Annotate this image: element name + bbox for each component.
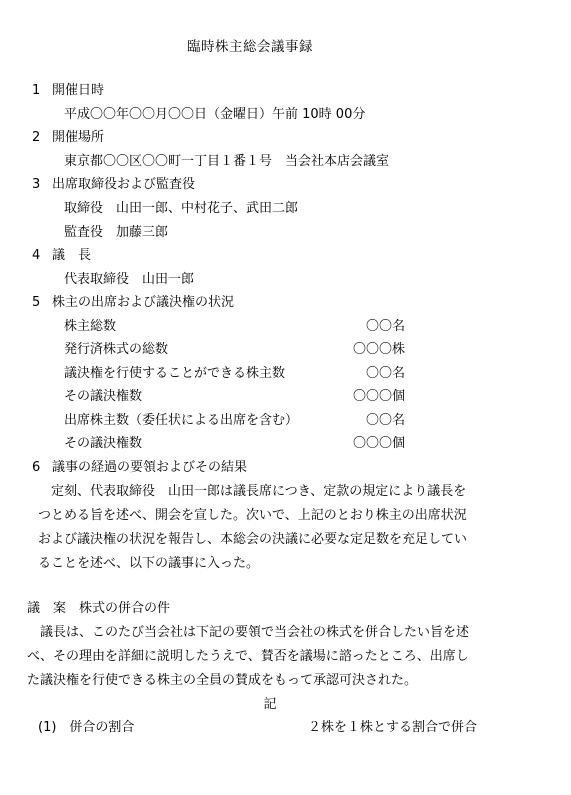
shareholder-stat-value: 〇〇〇個 <box>353 436 405 452</box>
section-5-number: 5 <box>32 295 40 311</box>
shareholder-stat-value: 〇〇名 <box>366 413 405 429</box>
section-3-heading: 出席取締役および監査役 <box>52 177 195 193</box>
section-5-heading: 株主の出席および議決権の状況 <box>52 295 234 311</box>
shareholder-stat-value: 〇〇名 <box>366 319 405 335</box>
shareholder-stat-label: 議決権を行使することができる株主数 <box>64 366 285 382</box>
shareholder-stat-label: 出席株主数（委任状による出席を含む） <box>64 413 298 429</box>
shareholder-stat-label: 発行済株式の総数 <box>64 342 168 358</box>
shareholder-stat-label: その議決権数 <box>64 389 142 405</box>
proposal-heading: 議 案 株式の併合の件 <box>27 601 170 617</box>
document-title: 臨時株主総会議事録 <box>0 39 500 55</box>
section-2-heading: 開催場所 <box>52 130 104 146</box>
section-6-heading: 議事の経過の要領およびその結果 <box>52 460 247 476</box>
shareholder-stat-label: 株主総数 <box>64 319 116 335</box>
section-3-number: 3 <box>32 177 40 193</box>
section-1-heading: 開催日時 <box>52 83 104 99</box>
section-1-number: 1 <box>32 83 40 99</box>
consolidation-item-value: ２株を１株とする割合で併合 <box>308 720 477 736</box>
shareholder-stat-value: 〇〇〇株 <box>353 342 405 358</box>
meeting-datetime: 平成〇〇年〇〇月〇〇日（金曜日）午前 10時 00分 <box>64 107 365 123</box>
ki-marker: 記 <box>0 697 540 713</box>
shareholder-stat-label: その議決権数 <box>64 436 142 452</box>
section-6-number: 6 <box>32 460 40 476</box>
proposal-paragraph: 議長は、このたび当会社は下記の要領で当会社の株式を併合したい旨を述べ、その理由を… <box>27 621 477 693</box>
meeting-location: 東京都〇〇区〇〇町一丁目１番１号 当会社本店会議室 <box>64 154 389 170</box>
attending-auditors: 監査役 加藤三郎 <box>64 225 168 241</box>
section-4-heading: 議 長 <box>52 248 91 264</box>
consolidation-item-label: (1) 併合の割合 <box>38 720 134 736</box>
section-2-number: 2 <box>32 130 40 146</box>
shareholder-stat-value: 〇〇〇個 <box>353 389 405 405</box>
section-4-number: 4 <box>32 248 40 264</box>
attending-directors: 取締役 山田一郎、中村花子、武田二郎 <box>64 201 298 217</box>
shareholder-stat-value: 〇〇名 <box>366 366 405 382</box>
proceedings-paragraph: 定刻、代表取締役 山田一郎は議長席につき、定款の規定により議長をつとめる旨を述べ… <box>38 480 478 576</box>
chairperson: 代表取締役 山田一郎 <box>64 272 194 288</box>
